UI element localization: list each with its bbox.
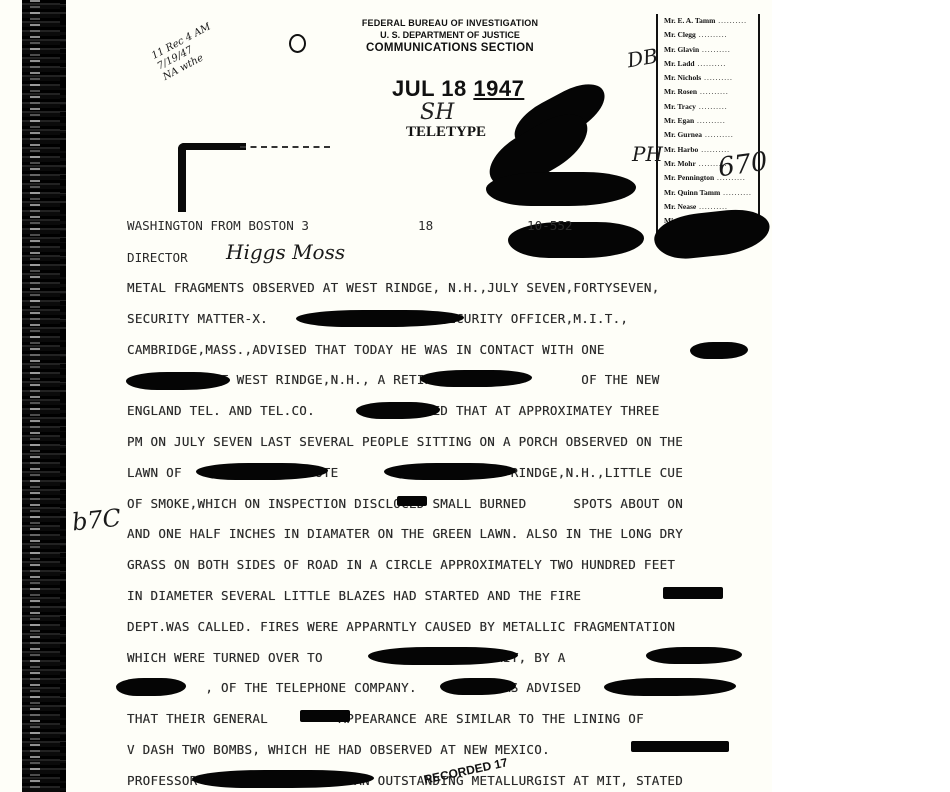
handwritten-initials-top: DB	[625, 44, 659, 73]
redaction-block	[196, 463, 328, 480]
routing-name: Mr. Rosen	[664, 87, 697, 96]
bracket-mark	[178, 143, 246, 212]
routing-name: Mr. Tracy	[664, 102, 696, 111]
routing-list-item: Mr. Egan ..........	[658, 114, 758, 128]
page-margin-right	[772, 0, 950, 792]
routing-dots: ..........	[695, 59, 727, 68]
handwritten-margin-note: 11 Rec 4 AM 7/19/47 NA wthe	[150, 21, 224, 83]
section-name: COMMUNICATIONS SECTION	[360, 42, 540, 54]
routing-origin: WASHINGTON FROM BOSTON 3	[127, 218, 309, 233]
routing-list-item: Mr. Gurnea ..........	[658, 128, 758, 142]
handwritten-ph-mark: PH	[632, 142, 663, 166]
dash-mark	[240, 146, 330, 148]
hole-punch-mark	[289, 34, 306, 53]
fbi-communications-stamp: FEDERAL BUREAU OF INVESTIGATION U. S. DE…	[360, 18, 540, 54]
routing-dots: ..........	[701, 73, 733, 82]
handwritten-exemption-mark: b7C	[71, 504, 123, 537]
redaction-block	[663, 587, 723, 599]
routing-name: Mr. Glavin	[664, 45, 699, 54]
routing-name: Mr. Ladd	[664, 59, 695, 68]
routing-list-item: Mr. Rosen ..........	[658, 85, 758, 99]
message-line: IN DIAMETER SEVERAL LITTLE BLAZES HAD ST…	[127, 588, 581, 603]
redaction-block	[604, 678, 736, 696]
routing-number: 18	[418, 218, 433, 233]
handwritten-file-number: 670	[716, 147, 769, 184]
routing-name: Mr. E. A. Tamm	[664, 16, 715, 25]
routing-name: Mr. Pennington	[664, 173, 714, 182]
redaction-block	[631, 741, 729, 752]
routing-name: Mr. Mohr	[664, 159, 696, 168]
routing-dots: ..........	[697, 87, 729, 96]
message-line: METAL FRAGMENTS OBSERVED AT WEST RINDGE,…	[127, 280, 660, 295]
redaction-block	[192, 770, 374, 788]
routing-name: Mr. Quinn Tamm	[664, 188, 720, 197]
routing-dots: ..........	[694, 116, 726, 125]
redaction-block	[296, 310, 464, 327]
department-name: U. S. DEPARTMENT OF JUSTICE	[360, 30, 540, 40]
routing-list-item: Mr. Tracy ..........	[658, 100, 758, 114]
routing-name: Mr. Nease	[664, 202, 696, 211]
routing-dots: ..........	[696, 202, 728, 211]
routing-name: Mr. Egan	[664, 116, 694, 125]
routing-name: Mr. Nichols	[664, 73, 701, 82]
message-line: THAT THEIR GENERAL APPEARANCE ARE SIMILA…	[127, 711, 644, 726]
message-line: AND ONE HALF INCHES IN DIAMATER ON THE G…	[127, 526, 683, 541]
redaction-block	[440, 678, 516, 695]
routing-list-item: Mr. E. A. Tamm ..........	[658, 14, 758, 28]
routing-name: Mr. Harbo	[664, 145, 698, 154]
redaction-block	[300, 710, 350, 722]
routing-list-item: Mr. Clegg ..........	[658, 28, 758, 42]
routing-name: Mr. Clegg	[664, 30, 696, 39]
routing-dots: ..........	[696, 30, 728, 39]
redaction-block	[420, 370, 532, 387]
message-line: DEPT.WAS CALLED. FIRES WERE APPARNTLY CA…	[127, 619, 675, 634]
routing-dots: ..........	[720, 188, 752, 197]
teletype-document-page: FEDERAL BUREAU OF INVESTIGATION U. S. DE…	[0, 0, 950, 792]
routing-list-item: Mr. Glavin ..........	[658, 43, 758, 57]
redaction-block	[384, 463, 516, 480]
redaction-block	[368, 647, 518, 665]
message-line: V DASH TWO BOMBS, WHICH HE HAD OBSERVED …	[127, 742, 550, 757]
routing-dots: ..........	[696, 102, 728, 111]
routing-dots: ..........	[702, 130, 734, 139]
document-type-label: TELETYPE	[406, 124, 486, 141]
redaction-block	[126, 372, 230, 390]
handwritten-signature: Higgs Moss	[226, 240, 345, 264]
scan-binding-edge	[22, 0, 66, 792]
routing-list-item: Mr. Quinn Tamm ..........	[658, 186, 758, 200]
redaction-block	[116, 678, 186, 696]
redaction-block	[646, 647, 742, 664]
date-month-day: JUL 18	[392, 76, 467, 101]
message-line: CAMBRIDGE,MASS.,ADVISED THAT TODAY HE WA…	[127, 342, 605, 357]
redaction-block	[690, 342, 748, 359]
handwritten-initials: SH	[420, 100, 454, 125]
routing-list-item: Mr. Nichols ..........	[658, 71, 758, 85]
routing-name: Mr. Gurnea	[664, 130, 702, 139]
message-line: GRASS ON BOTH SIDES OF ROAD IN A CIRCLE …	[127, 557, 675, 572]
routing-list: Mr. E. A. Tamm ..........Mr. Clegg .....…	[656, 14, 760, 240]
routing-dots: ..........	[699, 45, 731, 54]
redaction-block	[397, 496, 427, 506]
message-line: PM ON JULY SEVEN LAST SEVERAL PEOPLE SIT…	[127, 434, 683, 449]
routing-list-item: Mr. Ladd ..........	[658, 57, 758, 71]
redaction-block	[486, 172, 636, 206]
date-year: 1947	[473, 76, 524, 101]
routing-dots: ..........	[715, 16, 747, 25]
routing-reference: 10-552	[527, 218, 573, 233]
redaction-block	[356, 402, 440, 419]
agency-name: FEDERAL BUREAU OF INVESTIGATION	[360, 18, 540, 28]
addressee: DIRECTOR	[127, 250, 188, 265]
received-date-stamp: JUL 18 1947	[392, 76, 524, 102]
